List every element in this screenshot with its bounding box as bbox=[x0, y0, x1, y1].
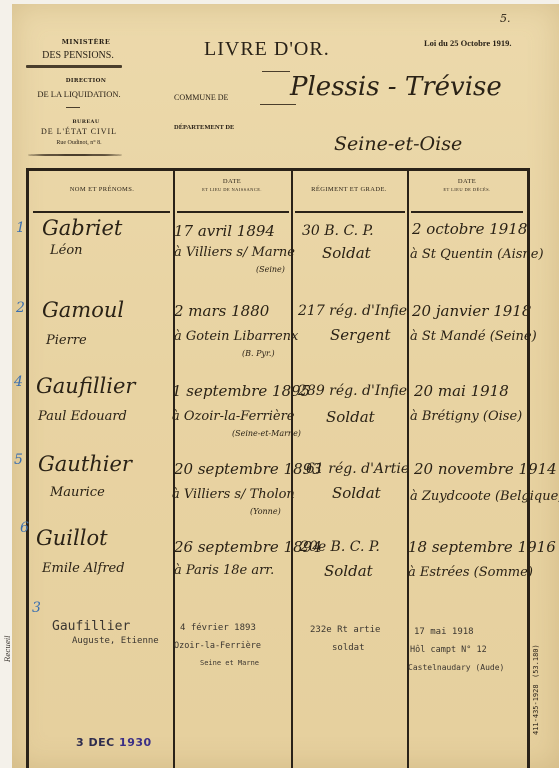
regiment: 61 rég. d'Artie bbox=[306, 462, 409, 476]
death-date: 2 octobre 1918 bbox=[412, 222, 527, 237]
birth-date: 2 mars 1880 bbox=[174, 304, 269, 319]
surname: Gauthier bbox=[38, 454, 132, 475]
death-date: 20 janvier 1918 bbox=[412, 304, 531, 319]
divider bbox=[262, 71, 290, 72]
birth-note: (Seine) bbox=[256, 266, 285, 274]
row-index: 6 bbox=[20, 520, 29, 536]
surname: Guillot bbox=[36, 528, 108, 549]
stamp-day: 3 DEC bbox=[76, 736, 115, 749]
bureau-name: DE L'ÉTAT CIVIL bbox=[24, 127, 134, 136]
death-date: 20 mai 1918 bbox=[414, 384, 509, 399]
regiment: 289 rég. d'Infie bbox=[298, 384, 407, 398]
page-number: 5. bbox=[500, 12, 511, 25]
surname: Gaufillier bbox=[52, 620, 130, 633]
header-birth: DATE ET LIEU DE NAISSANCE. bbox=[175, 177, 289, 207]
given-name: Léon bbox=[50, 244, 83, 257]
divider bbox=[260, 104, 296, 105]
row-index: 5 bbox=[14, 452, 23, 468]
birth-date: 20 septembre 1893 bbox=[174, 462, 322, 477]
print-code: 411-435-1928 bbox=[532, 684, 540, 735]
death-place: à Brétigny (Oise) bbox=[410, 410, 522, 423]
header-death: DATE ET LIEU DE DÉCÈS. bbox=[409, 177, 525, 207]
birth-date: 1 septembre 1895 bbox=[172, 384, 310, 399]
given-name: Emile Alfred bbox=[42, 562, 125, 575]
row-index: 4 bbox=[14, 374, 23, 390]
direction-label: DIRECTION bbox=[40, 78, 132, 84]
regiment: 232e Rt artie bbox=[310, 626, 380, 635]
birth-place: Ozoir-la-Ferrière bbox=[174, 642, 261, 651]
bureau-label: BUREAU bbox=[40, 119, 132, 125]
birth-note: Seine et Marne bbox=[200, 660, 259, 667]
birth-place: à Gotein Libarrenx bbox=[174, 330, 298, 343]
date-stamp: 3 DEC 1930 bbox=[76, 736, 152, 749]
header-rule bbox=[33, 211, 170, 213]
departement-value: Seine-et-Oise bbox=[334, 133, 462, 155]
law-reference: Loi du 25 Octobre 1919. bbox=[424, 38, 511, 48]
birth-note: (Yonne) bbox=[250, 508, 281, 516]
regiment: 217 rég. d'Infie bbox=[298, 304, 407, 318]
given-name: Auguste, Etienne bbox=[72, 637, 159, 646]
surname: Gamoul bbox=[42, 300, 124, 321]
birth-date: 17 avril 1894 bbox=[174, 224, 275, 239]
surname: Gaufillier bbox=[36, 376, 135, 397]
row-index: 1 bbox=[16, 220, 25, 236]
death-date: 17 mai 1918 bbox=[414, 628, 474, 637]
divider bbox=[66, 107, 80, 108]
row-index: 2 bbox=[16, 300, 25, 316]
direction-name: DE LA LIQUIDATION. bbox=[24, 89, 134, 99]
ministry-label: MINISTÈRE bbox=[40, 38, 132, 46]
birth-place: à Villiers s/ Marne bbox=[174, 246, 295, 259]
death-date: 20 novembre 1914 bbox=[414, 462, 557, 477]
given-name: Paul Edouard bbox=[38, 410, 127, 423]
regiment: 20e B. C. P. bbox=[300, 540, 380, 554]
ornamental-rule bbox=[28, 154, 122, 156]
death-place: à Estrées (Somme) bbox=[408, 566, 533, 579]
grade: Soldat bbox=[332, 486, 381, 501]
stamp-year: 1930 bbox=[119, 736, 152, 749]
grade: Sergent bbox=[330, 328, 391, 343]
birth-place: à Paris 18e arr. bbox=[174, 564, 274, 577]
page-title: LIVRE D'OR. bbox=[204, 38, 330, 61]
given-name: Pierre bbox=[46, 334, 87, 347]
departement-label: DÉPARTEMENT DE bbox=[174, 124, 234, 131]
commune-value: Plessis - Trévise bbox=[290, 72, 502, 102]
divider bbox=[26, 65, 122, 68]
death-place: à Zuydcoote (Belgique) bbox=[410, 490, 559, 503]
bureau-address: Rue Oudinot, n° 8. bbox=[24, 140, 134, 146]
birth-place: à Ozoir-la-Ferrière bbox=[172, 410, 294, 423]
death-place: Hôl campt N° 12 bbox=[410, 646, 487, 655]
death-place: à St Mandé (Seine) bbox=[410, 330, 537, 343]
birth-note: (B. Pyr.) bbox=[242, 350, 275, 358]
grade: Soldat bbox=[326, 410, 375, 425]
death-place: à St Quentin (Aisne) bbox=[410, 248, 544, 261]
death-date: 18 septembre 1916 bbox=[408, 540, 556, 555]
margin-note: Recueil bbox=[4, 636, 12, 662]
row-index: 3 bbox=[32, 600, 41, 616]
death-note: Castelnaudary (Aude) bbox=[408, 664, 504, 672]
commune-label: COMMUNE DE bbox=[174, 93, 228, 102]
grade: soldat bbox=[332, 644, 365, 653]
surname: Gabriet bbox=[42, 218, 122, 239]
birth-note: (Seine-et-Marne) bbox=[232, 430, 301, 438]
grade: Soldat bbox=[322, 246, 371, 261]
grade: Soldat bbox=[324, 564, 373, 579]
header-rule bbox=[411, 211, 523, 213]
header-rule bbox=[177, 211, 289, 213]
birth-date: 4 février 1893 bbox=[180, 624, 256, 633]
given-name: Maurice bbox=[50, 486, 105, 499]
header-rule bbox=[295, 211, 405, 213]
birth-place: à Villiers s/ Tholon bbox=[172, 488, 295, 501]
ministry-name: DES PENSIONS. bbox=[24, 50, 132, 61]
print-code-suffix: (53.180) bbox=[532, 644, 540, 678]
regiment: 30 B. C. P. bbox=[302, 224, 374, 238]
